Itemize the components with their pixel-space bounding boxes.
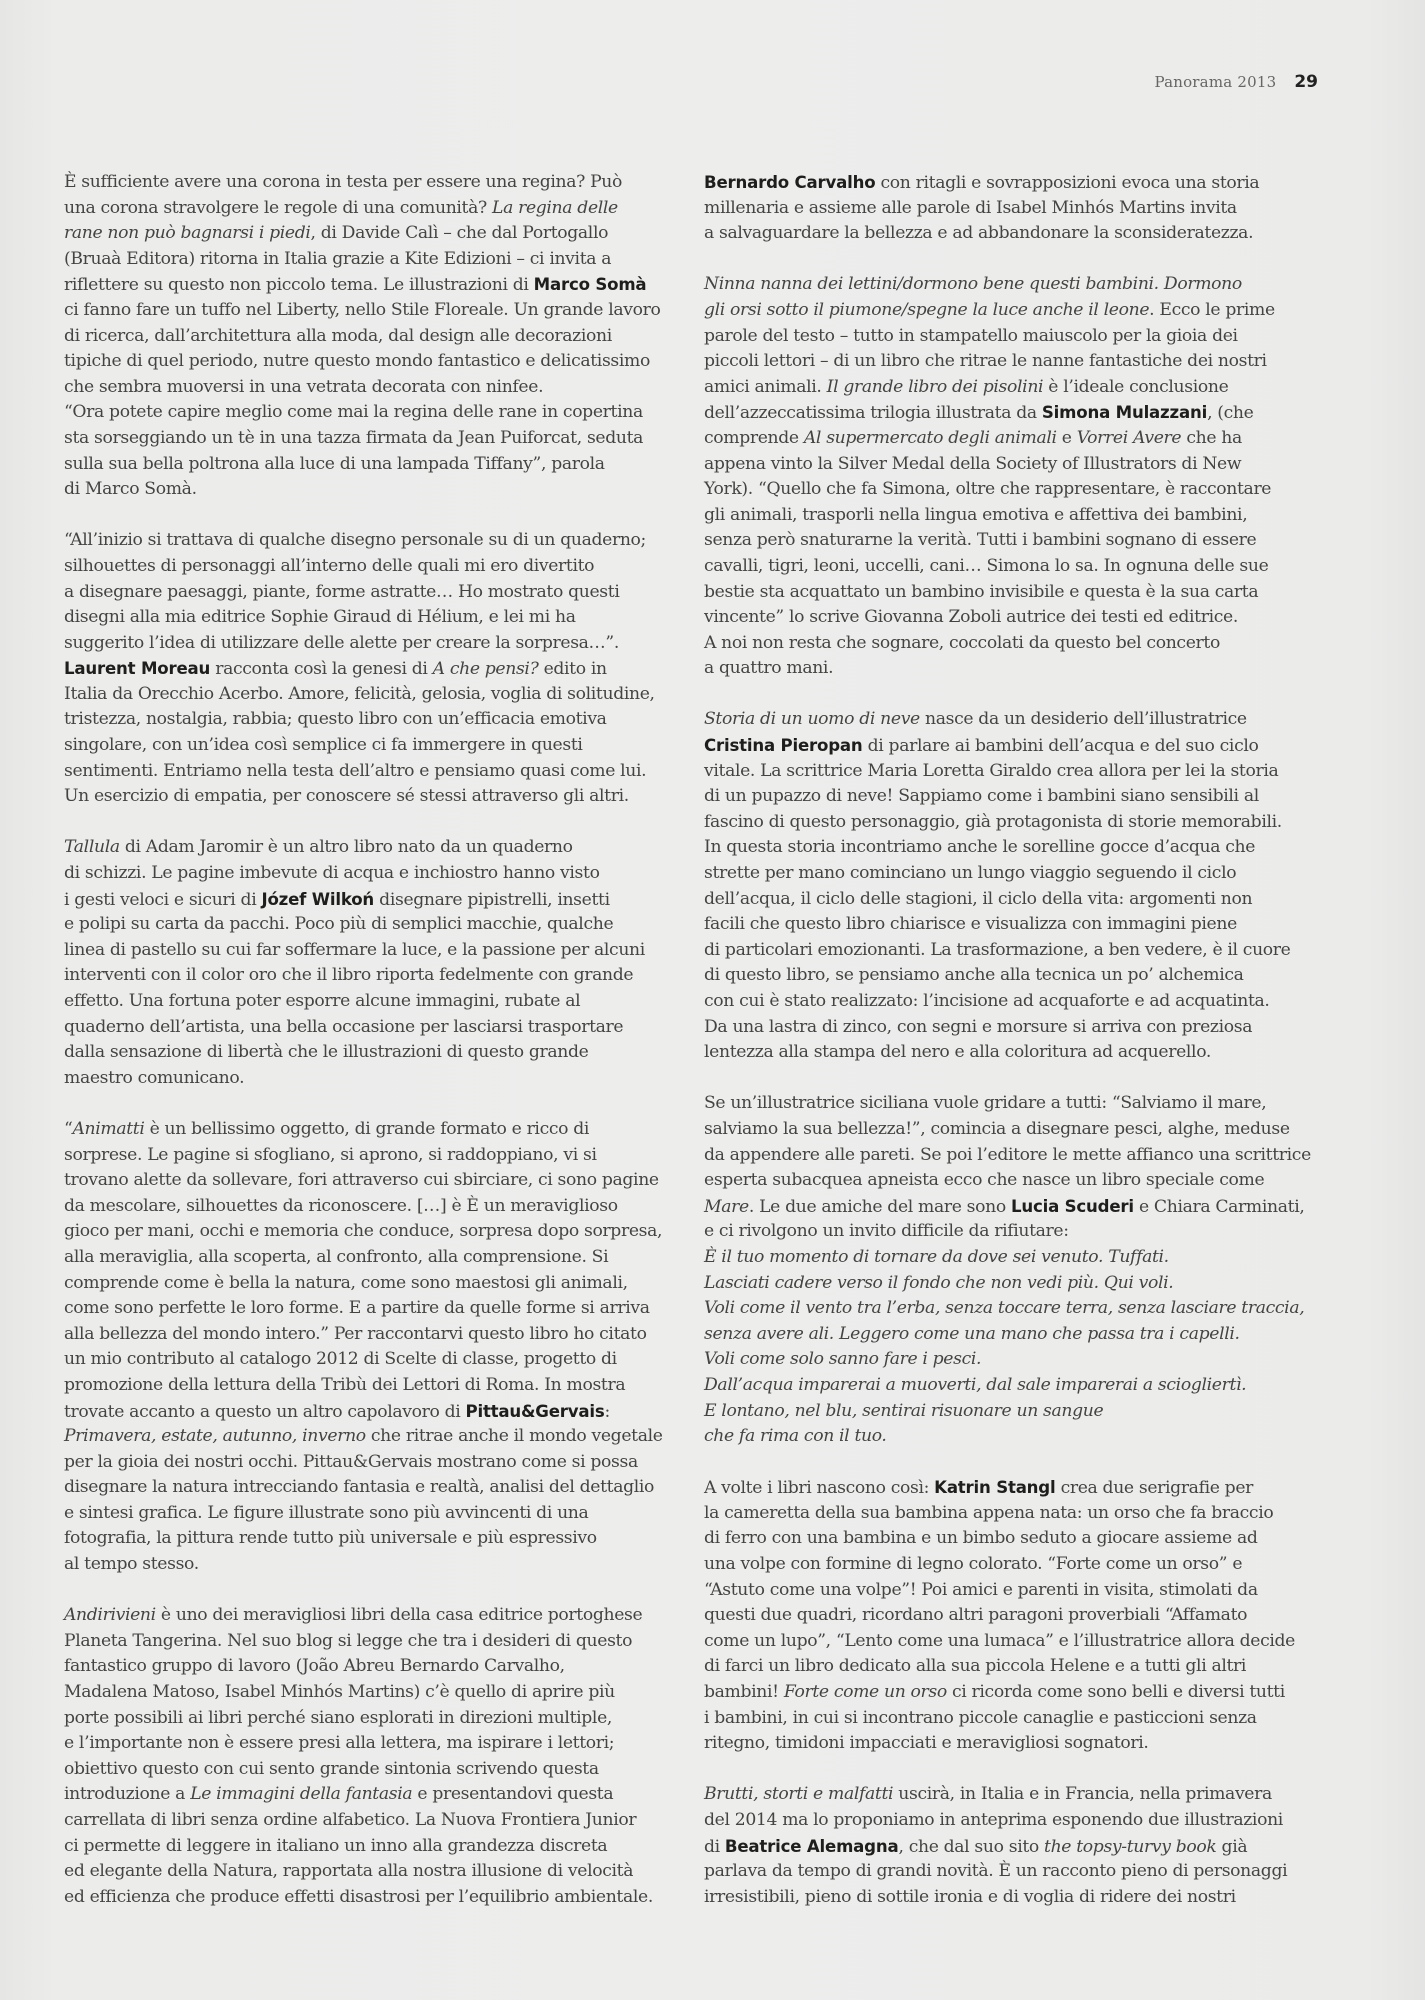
body-text: (Bruaà Editora) ritorna in Italia grazie… <box>64 249 611 269</box>
body-text: “Ora potete capire meglio come mai la re… <box>64 402 643 422</box>
body-text: millenaria e assieme alle parole di Isab… <box>704 198 1237 218</box>
body-text: per la gioia dei nostri occhi. Pittau&Ge… <box>64 1452 638 1472</box>
body-text: e polipi su carta da pacchi. Poco più di… <box>64 914 613 934</box>
body-text: e sintesi grafica. Le figure illustrate … <box>64 1503 588 1523</box>
body-text: dell’azzeccatissima trilogia illustrata … <box>704 403 1042 423</box>
text-line: disegnare la natura intrecciando fantasi… <box>64 1475 684 1501</box>
body-text: gli animali, trasporli nella lingua emot… <box>704 505 1247 525</box>
body-text: alla bellezza del mondo intero.” Per rac… <box>64 1324 647 1344</box>
article-paragraph: “Animatti è un bellissimo oggetto, di gr… <box>64 1117 684 1578</box>
text-line: senza avere ali. Leggero come una mano c… <box>704 1322 1324 1348</box>
body-text: ci fanno fare un tuffo nel Liberty, nell… <box>64 300 661 320</box>
book-title-text: Al supermercato degli animali <box>804 428 1057 448</box>
text-line: i gesti veloci e sicuri di Józef Wilkoń … <box>64 887 684 913</box>
book-title-text: Storia di un uomo di neve <box>704 709 920 729</box>
body-text: salviamo la sua bellezza!”, comincia a d… <box>704 1119 1290 1139</box>
text-line: al tempo stesso. <box>64 1552 684 1578</box>
text-line: di ferro con una bambina e un bimbo sedu… <box>704 1526 1324 1552</box>
body-text: A volte i libri nascono così: <box>704 1478 934 1498</box>
text-line: appena vinto la Silver Medal della Socie… <box>704 452 1324 478</box>
body-text: di <box>704 1837 725 1857</box>
body-text: con ritagli e sovrapposizioni evoca una … <box>875 173 1259 193</box>
text-line: a disegnare paesaggi, piante, forme astr… <box>64 580 684 606</box>
body-text: , che dal suo sito <box>898 1837 1044 1857</box>
book-title-text: Tallula <box>64 837 120 857</box>
body-text: “Astuto come una volpe”! Poi amici e par… <box>704 1580 1258 1600</box>
body-text: di Adam Jaromir è un altro libro nato da… <box>120 837 573 857</box>
text-line: una volpe con formine di legno colorato.… <box>704 1552 1324 1578</box>
text-line: Planeta Tangerina. Nel suo blog si legge… <box>64 1629 684 1655</box>
body-text: ci permette di leggere in italiano un in… <box>64 1836 607 1856</box>
book-title-text: E lontano, nel blu, sentirai risuonare u… <box>704 1401 1103 1421</box>
body-text: ed elegante della Natura, rapportata all… <box>64 1861 633 1881</box>
article-paragraph: Se un’illustratrice siciliana vuole grid… <box>704 1091 1324 1449</box>
body-text: interventi con il color oro che il libro… <box>64 965 633 985</box>
text-line: porte possibili ai libri perché siano es… <box>64 1706 684 1732</box>
body-text: di un pupazzo di neve! Sappiamo come i b… <box>704 786 1259 806</box>
text-line: fotografia, la pittura rende tutto più u… <box>64 1526 684 1552</box>
person-name: Józef Wilkoń <box>261 890 374 909</box>
text-line: ed elegante della Natura, rapportata all… <box>64 1859 684 1885</box>
body-text: piccoli lettori – di un libro che ritrae… <box>704 351 1267 371</box>
body-text: parlava da tempo di grandi novità. È un … <box>704 1861 1287 1881</box>
article-paragraph: Bernardo Carvalho con ritagli e sovrappo… <box>704 170 1324 247</box>
body-text: edito in <box>538 659 606 679</box>
text-line: Mare. Le due amiche del mare sono Lucia … <box>704 1194 1324 1220</box>
article-paragraph: È sufficiente avere una corona in testa … <box>64 170 684 503</box>
body-text: lentezza alla stampa del nero e alla col… <box>704 1042 1211 1062</box>
body-text: da appendere alle pareti. Se poi l’edito… <box>704 1145 1311 1165</box>
text-line: In questa storia incontriamo anche le so… <box>704 835 1324 861</box>
text-line: che sembra muoversi in una vetrata decor… <box>64 375 684 401</box>
body-text: trovano alette da sollevare, fori attrav… <box>64 1170 659 1190</box>
body-text: È sufficiente avere una corona in testa … <box>64 172 622 192</box>
text-line: linea di pastello su cui far soffermare … <box>64 938 684 964</box>
text-line: E lontano, nel blu, sentirai risuonare u… <box>704 1399 1324 1425</box>
body-text: sulla sua bella poltrona alla luce di un… <box>64 454 605 474</box>
body-text: è un bellissimo oggetto, di grande forma… <box>144 1119 589 1139</box>
text-line: una corona stravolgere le regole di una … <box>64 196 684 222</box>
body-text: già <box>1216 1837 1247 1857</box>
body-text: trovate accanto a questo un altro capola… <box>64 1402 466 1422</box>
text-line: di farci un libro dedicato alla sua picc… <box>704 1654 1324 1680</box>
body-text: tipiche di quel periodo, nutre questo mo… <box>64 351 650 371</box>
body-text: , (che <box>1207 403 1253 423</box>
body-text: di particolari emozionanti. La trasforma… <box>704 940 1290 960</box>
body-text: quaderno dell’artista, una bella occasio… <box>64 1017 623 1037</box>
body-text: amici animali. <box>704 377 827 397</box>
article-paragraph: Storia di un uomo di neve nasce da un de… <box>704 707 1324 1065</box>
body-text: . Ecco le prime <box>1149 300 1275 320</box>
body-text: silhouettes di personaggi all’interno de… <box>64 556 594 576</box>
text-line: irresistibili, pieno di sottile ironia e… <box>704 1885 1324 1911</box>
body-text: Un esercizio di empatia, per conoscere s… <box>64 786 629 806</box>
running-header: Panorama 2013 29 <box>1154 72 1318 92</box>
text-line: introduzione a Le immagini della fantasi… <box>64 1782 684 1808</box>
book-title-text: Animatti <box>72 1119 144 1139</box>
body-text: porte possibili ai libri perché siano es… <box>64 1708 612 1728</box>
text-line: senza però snaturarne la verità. Tutti i… <box>704 528 1324 554</box>
text-line: “All’inizio si trattava di qualche diseg… <box>64 528 684 554</box>
body-text: e l’importante non è essere presi alla l… <box>64 1733 614 1753</box>
text-line: Storia di un uomo di neve nasce da un de… <box>704 707 1324 733</box>
article-paragraph: “All’inizio si trattava di qualche diseg… <box>64 528 684 810</box>
text-line: e polipi su carta da pacchi. Poco più di… <box>64 912 684 938</box>
body-text: con cui è stato realizzato: l’incisione … <box>704 991 1270 1011</box>
text-line: York). “Quello che fa Simona, oltre che … <box>704 477 1324 503</box>
text-line: da appendere alle pareti. Se poi l’edito… <box>704 1143 1324 1169</box>
article-paragraph: A volte i libri nascono così: Katrin Sta… <box>704 1475 1324 1757</box>
body-text: carrellata di libri senza ordine alfabet… <box>64 1810 636 1830</box>
text-line: maestro comunicano. <box>64 1066 684 1092</box>
body-text: disegnare la natura intrecciando fantasi… <box>64 1477 654 1497</box>
body-text: i gesti veloci e sicuri di <box>64 890 261 910</box>
body-text: appena vinto la Silver Medal della Socie… <box>704 454 1241 474</box>
body-text: Planeta Tangerina. Nel suo blog si legge… <box>64 1631 632 1651</box>
text-line: riflettere su questo non piccolo tema. L… <box>64 272 684 298</box>
body-text: tristezza, nostalgia, rabbia; questo lib… <box>64 709 607 729</box>
body-text: bambini! <box>704 1682 784 1702</box>
text-line: Dall’acqua imparerai a muoverti, dal sal… <box>704 1373 1324 1399</box>
body-text: e Chiara Carminati, <box>1134 1197 1305 1217</box>
body-text: disegnare pipistrelli, insetti <box>374 890 610 910</box>
text-line: gioco per mani, occhi e memoria che cond… <box>64 1219 684 1245</box>
text-line: tipiche di quel periodo, nutre questo mo… <box>64 349 684 375</box>
text-line: e l’importante non è essere presi alla l… <box>64 1731 684 1757</box>
book-title-text: La regina delle <box>492 198 618 218</box>
text-line: vitale. La scrittrice Maria Loretta Gira… <box>704 759 1324 785</box>
body-text: effetto. Una fortuna poter esporre alcun… <box>64 991 580 1011</box>
body-text: di Marco Somà. <box>64 479 197 499</box>
book-title-text: È il tuo momento di tornare da dove sei … <box>704 1247 1169 1267</box>
page-number: 29 <box>1294 72 1318 92</box>
text-line: singolare, con un’idea così semplice ci … <box>64 733 684 759</box>
body-text: che ritrae anche il mondo vegetale <box>366 1426 663 1446</box>
text-line: “Astuto come una volpe”! Poi amici e par… <box>704 1578 1324 1604</box>
book-title-text: rane non può bagnarsi i piedi <box>64 223 311 243</box>
article-paragraph: Brutti, storti e malfatti uscirà, in Ita… <box>704 1782 1324 1910</box>
body-text: è l’ideale conclusione <box>1043 377 1228 397</box>
text-line: (Bruaà Editora) ritorna in Italia grazie… <box>64 247 684 273</box>
body-text: di schizzi. Le pagine imbevute di acqua … <box>64 863 600 883</box>
book-title-text: Voli come il vento tra l’erba, senza toc… <box>704 1298 1304 1318</box>
text-line: gli animali, trasporli nella lingua emot… <box>704 503 1324 529</box>
text-line: Un esercizio di empatia, per conoscere s… <box>64 784 684 810</box>
body-text: come un lupo”, “Lento come una lumaca” e… <box>704 1631 1295 1651</box>
book-title-text: Lasciati cadere verso il fondo che non v… <box>704 1273 1173 1293</box>
text-line: sulla sua bella poltrona alla luce di un… <box>64 452 684 478</box>
body-text: Da una lastra di zinco, con segni e mors… <box>704 1017 1252 1037</box>
body-text: “All’inizio si trattava di qualche diseg… <box>64 530 646 550</box>
text-line: la cameretta della sua bambina appena na… <box>704 1501 1324 1527</box>
body-text: che ha <box>1181 428 1242 448</box>
text-line: tristezza, nostalgia, rabbia; questo lib… <box>64 707 684 733</box>
text-line: Lasciati cadere verso il fondo che non v… <box>704 1271 1324 1297</box>
body-text: Italia da Orecchio Acerbo. Amore, felici… <box>64 684 655 704</box>
body-text: a quattro mani. <box>704 658 833 678</box>
text-line: esperta subacquea apneista ecco che nasc… <box>704 1168 1324 1194</box>
body-text: e <box>1057 428 1077 448</box>
text-line: trovano alette da sollevare, fori attrav… <box>64 1168 684 1194</box>
text-line: interventi con il color oro che il libro… <box>64 963 684 989</box>
text-line: disegni alla mia editrice Sophie Giraud … <box>64 605 684 631</box>
text-line: A volte i libri nascono così: Katrin Sta… <box>704 1475 1324 1501</box>
text-line: del 2014 ma lo proponiamo in anteprima e… <box>704 1808 1324 1834</box>
body-text: sta sorseggiando un tè in una tazza firm… <box>64 428 643 448</box>
body-text: parole del testo – tutto in stampatello … <box>704 326 1238 346</box>
left-column: È sufficiente avere una corona in testa … <box>64 170 684 1936</box>
book-title-text: Ninna nanna dei lettini/dormono bene que… <box>704 274 1242 294</box>
body-text: obiettivo questo con cui sento grande si… <box>64 1759 599 1779</box>
body-text: di farci un libro dedicato alla sua picc… <box>704 1656 1246 1676</box>
text-line: da mescolare, silhouettes da riconoscere… <box>64 1194 684 1220</box>
text-line: e sintesi grafica. Le figure illustrate … <box>64 1501 684 1527</box>
text-line: Laurent Moreau racconta così la genesi d… <box>64 656 684 682</box>
body-text: ci ricorda come sono belli e diversi tut… <box>947 1682 1285 1702</box>
text-line: Cristina Pieropan di parlare ai bambini … <box>704 733 1324 759</box>
body-text: vincente” lo scrive Giovanna Zoboli autr… <box>704 607 1238 627</box>
body-text: bestie sta acquattato un bambino invisib… <box>704 582 1258 602</box>
body-text: York). “Quello che fa Simona, oltre che … <box>704 479 1271 499</box>
text-line: Italia da Orecchio Acerbo. Amore, felici… <box>64 682 684 708</box>
text-line: con cui è stato realizzato: l’incisione … <box>704 989 1324 1015</box>
text-line: alla bellezza del mondo intero.” Per rac… <box>64 1322 684 1348</box>
body-text: da mescolare, silhouettes da riconoscere… <box>64 1196 618 1216</box>
text-line: Voli come il vento tra l’erba, senza toc… <box>704 1296 1324 1322</box>
text-line: millenaria e assieme alle parole di Isab… <box>704 196 1324 222</box>
text-line: Brutti, storti e malfatti uscirà, in Ita… <box>704 1782 1324 1808</box>
text-line: comprende come è bella la natura, come s… <box>64 1271 684 1297</box>
text-line: dell’azzeccatissima trilogia illustrata … <box>704 400 1324 426</box>
person-name: Lucia Scuderi <box>1011 1197 1134 1216</box>
person-name: Simona Mulazzani <box>1042 403 1207 422</box>
text-line: promozione della lettura della Tribù dei… <box>64 1373 684 1399</box>
body-text: Se un’illustratrice siciliana vuole grid… <box>704 1093 1266 1113</box>
text-line: ed efficienza che produce effetti disast… <box>64 1885 684 1911</box>
body-text: fascino di questo personaggio, già prota… <box>704 812 1282 832</box>
body-text: A noi non resta che sognare, coccolati d… <box>704 633 1220 653</box>
text-line: fascino di questo personaggio, già prota… <box>704 810 1324 836</box>
body-text: una volpe con formine di legno colorato.… <box>704 1554 1242 1574</box>
text-line: Madalena Matoso, Isabel Minhós Martins) … <box>64 1680 684 1706</box>
book-title-text: che fa rima con il tuo. <box>704 1426 887 1446</box>
text-line: sentimenti. Entriamo nella testa dell’al… <box>64 759 684 785</box>
body-text: al tempo stesso. <box>64 1554 199 1574</box>
book-title-text: Andirivieni <box>64 1605 156 1625</box>
body-text: racconta così la genesi di <box>210 659 433 679</box>
text-line: e ci rivolgono un invito difficile da ri… <box>704 1219 1324 1245</box>
text-line: di Beatrice Alemagna, che dal suo sito t… <box>704 1834 1324 1860</box>
text-line: carrellata di libri senza ordine alfabet… <box>64 1808 684 1834</box>
body-text: alla meraviglia, alla scoperta, al confr… <box>64 1247 608 1267</box>
text-line: come un lupo”, “Lento come una lumaca” e… <box>704 1629 1324 1655</box>
text-line: sorprese. Le pagine si sfogliano, si apr… <box>64 1143 684 1169</box>
body-text: , di Davide Calì – che dal Portogallo <box>311 223 609 243</box>
body-text: linea di pastello su cui far soffermare … <box>64 940 645 960</box>
body-text: fotografia, la pittura rende tutto più u… <box>64 1528 597 1548</box>
body-text: cavalli, tigri, leoni, uccelli, cani… Si… <box>704 556 1268 576</box>
book-title-text: Vorrei Avere <box>1077 428 1182 448</box>
body-text: comprende come è bella la natura, come s… <box>64 1273 628 1293</box>
text-line: amici animali. Il grande libro dei pisol… <box>704 375 1324 401</box>
text-line: È sufficiente avere una corona in testa … <box>64 170 684 196</box>
body-text: uscirà, in Italia e in Francia, nella pr… <box>893 1784 1272 1804</box>
text-line: a salvaguardare la bellezza e ad abbando… <box>704 221 1324 247</box>
text-line: effetto. Una fortuna poter esporre alcun… <box>64 989 684 1015</box>
article-paragraph: Andirivieni è uno dei meravigliosi libri… <box>64 1603 684 1910</box>
body-text: di parlare ai bambini dell’acqua e del s… <box>863 736 1259 756</box>
book-title-text: A che pensi? <box>433 659 539 679</box>
body-text: la cameretta della sua bambina appena na… <box>704 1503 1273 1523</box>
body-text: dell’acqua, il ciclo delle stagioni, il … <box>704 889 1252 909</box>
text-line: Da una lastra di zinco, con segni e mors… <box>704 1015 1324 1041</box>
body-text: riflettere su questo non piccolo tema. L… <box>64 275 534 295</box>
text-line: Andirivieni è uno dei meravigliosi libri… <box>64 1603 684 1629</box>
body-text: di questo libro, se pensiamo anche alla … <box>704 965 1244 985</box>
body-text: ritegno, timidoni impacciati e meravigli… <box>704 1733 1149 1753</box>
text-line: ci fanno fare un tuffo nel Liberty, nell… <box>64 298 684 324</box>
text-line: bestie sta acquattato un bambino invisib… <box>704 580 1324 606</box>
book-title-text: the topsy-turvy book <box>1044 1837 1216 1857</box>
text-line: dell’acqua, il ciclo delle stagioni, il … <box>704 887 1324 913</box>
body-text: esperta subacquea apneista ecco che nasc… <box>704 1170 1264 1190</box>
text-line: È il tuo momento di tornare da dove sei … <box>704 1245 1324 1271</box>
text-line: salviamo la sua bellezza!”, comincia a d… <box>704 1117 1324 1143</box>
text-line: Se un’illustratrice siciliana vuole grid… <box>704 1091 1324 1117</box>
text-line: rane non può bagnarsi i piedi, di Davide… <box>64 221 684 247</box>
body-text: . Le due amiche del mare sono <box>749 1197 1011 1217</box>
text-line: questi due quadri, ricordano altri parag… <box>704 1603 1324 1629</box>
text-line: di questo libro, se pensiamo anche alla … <box>704 963 1324 989</box>
person-name: Katrin Stangl <box>934 1478 1055 1497</box>
book-title-text: Brutti, storti e malfatti <box>704 1784 893 1804</box>
text-line: di particolari emozionanti. La trasforma… <box>704 938 1324 964</box>
book-title-text: Forte come un orso <box>784 1682 947 1702</box>
person-name: Cristina Pieropan <box>704 736 863 755</box>
text-line: che fa rima con il tuo. <box>704 1424 1324 1450</box>
text-line: Ninna nanna dei lettini/dormono bene que… <box>704 272 1324 298</box>
text-line: quaderno dell’artista, una bella occasio… <box>64 1015 684 1041</box>
text-line: un mio contributo al catalogo 2012 di Sc… <box>64 1347 684 1373</box>
body-text: ed efficienza che produce effetti disast… <box>64 1887 653 1907</box>
body-text: maestro comunicano. <box>64 1068 244 1088</box>
body-text: e presentandovi questa <box>412 1784 613 1804</box>
person-name: Marco Somà <box>534 275 647 294</box>
body-text: : <box>605 1402 610 1422</box>
body-text: promozione della lettura della Tribù dei… <box>64 1375 625 1395</box>
book-title-text: Le immagini della fantasia <box>190 1784 412 1804</box>
body-text: e ci rivolgono un invito difficile da ri… <box>704 1221 1069 1241</box>
body-text: crea due serigrafie per <box>1055 1478 1253 1498</box>
body-text: disegni alla mia editrice Sophie Giraud … <box>64 607 576 627</box>
body-text: del 2014 ma lo proponiamo in anteprima e… <box>704 1810 1283 1830</box>
text-line: i bambini, in cui si incontrano piccole … <box>704 1706 1324 1732</box>
book-title-text: Il grande libro dei pisolini <box>827 377 1044 397</box>
body-text: un mio contributo al catalogo 2012 di Sc… <box>64 1349 617 1369</box>
text-line: Bernardo Carvalho con ritagli e sovrappo… <box>704 170 1324 196</box>
body-text: una corona stravolgere le regole di una … <box>64 198 492 218</box>
body-text: fantastico gruppo di lavoro (João Abreu … <box>64 1656 565 1676</box>
body-text: comprende <box>704 428 804 448</box>
body-text: strette per mano cominciano un lungo via… <box>704 863 1236 883</box>
text-line: piccoli lettori – di un libro che ritrae… <box>704 349 1324 375</box>
text-line: alla meraviglia, alla scoperta, al confr… <box>64 1245 684 1271</box>
text-line: per la gioia dei nostri occhi. Pittau&Ge… <box>64 1450 684 1476</box>
text-line: Primavera, estate, autunno, inverno che … <box>64 1424 684 1450</box>
body-text: è uno dei meravigliosi libri della casa … <box>156 1605 643 1625</box>
person-name: Bernardo Carvalho <box>704 173 875 192</box>
body-text: di ricerca, dall’architettura alla moda,… <box>64 326 612 346</box>
text-line: dalla sensazione di libertà che le illus… <box>64 1040 684 1066</box>
body-text: sentimenti. Entriamo nella testa dell’al… <box>64 761 646 781</box>
text-line: sta sorseggiando un tè in una tazza firm… <box>64 426 684 452</box>
person-name: Pittau&Gervais <box>466 1402 605 1421</box>
body-text: dalla sensazione di libertà che le illus… <box>64 1042 589 1062</box>
body-text: di ferro con una bambina e un bimbo sedu… <box>704 1528 1258 1548</box>
body-text: a disegnare paesaggi, piante, forme astr… <box>64 582 619 602</box>
body-text: singolare, con un’idea così semplice ci … <box>64 735 583 755</box>
article-paragraph: Ninna nanna dei lettini/dormono bene que… <box>704 272 1324 682</box>
body-text: suggerito l’idea di utilizzare delle ale… <box>64 633 619 653</box>
body-text: facili che questo libro chiarisce e visu… <box>704 914 1237 934</box>
body-text: questi due quadri, ricordano altri parag… <box>704 1605 1247 1625</box>
text-line: fantastico gruppo di lavoro (João Abreu … <box>64 1654 684 1680</box>
body-text: i bambini, in cui si incontrano piccole … <box>704 1708 1257 1728</box>
text-line: “Ora potete capire meglio come mai la re… <box>64 400 684 426</box>
person-name: Beatrice Alemagna <box>725 1837 899 1856</box>
body-text: irresistibili, pieno di sottile ironia e… <box>704 1887 1236 1907</box>
text-line: trovate accanto a questo un altro capola… <box>64 1399 684 1425</box>
body-text: sorprese. Le pagine si sfogliano, si apr… <box>64 1145 597 1165</box>
text-line: a quattro mani. <box>704 656 1324 682</box>
text-line: di ricerca, dall’architettura alla moda,… <box>64 324 684 350</box>
body-text: a salvaguardare la bellezza e ad abbando… <box>704 223 1253 243</box>
text-line: lentezza alla stampa del nero e alla col… <box>704 1040 1324 1066</box>
body-text: nasce da un desiderio dell’illustratrice <box>920 709 1247 729</box>
body-text: come sono perfette le loro forme. E a pa… <box>64 1298 650 1318</box>
text-line: strette per mano cominciano un lungo via… <box>704 861 1324 887</box>
text-line: parlava da tempo di grandi novità. È un … <box>704 1859 1324 1885</box>
text-line: Tallula di Adam Jaromir è un altro libro… <box>64 835 684 861</box>
book-title-text: gli orsi sotto il piumone/spegne la luce… <box>704 300 1149 320</box>
body-text: senza però snaturarne la verità. Tutti i… <box>704 530 1256 550</box>
text-line: vincente” lo scrive Giovanna Zoboli autr… <box>704 605 1324 631</box>
book-title-text: Mare <box>704 1197 749 1217</box>
body-text: vitale. La scrittrice Maria Loretta Gira… <box>704 761 1278 781</box>
text-line: cavalli, tigri, leoni, uccelli, cani… Si… <box>704 554 1324 580</box>
text-line: di Marco Somà. <box>64 477 684 503</box>
text-line: gli orsi sotto il piumone/spegne la luce… <box>704 298 1324 324</box>
body-text: che sembra muoversi in una vetrata decor… <box>64 377 543 397</box>
text-line: facili che questo libro chiarisce e visu… <box>704 912 1324 938</box>
body-text: gioco per mani, occhi e memoria che cond… <box>64 1221 662 1241</box>
text-line: suggerito l’idea di utilizzare delle ale… <box>64 631 684 657</box>
text-line: comprende Al supermercato degli animali … <box>704 426 1324 452</box>
book-title-text: Primavera, estate, autunno, inverno <box>64 1426 366 1446</box>
text-line: ritegno, timidoni impacciati e meravigli… <box>704 1731 1324 1757</box>
text-line: silhouettes di personaggi all’interno de… <box>64 554 684 580</box>
text-line: “Animatti è un bellissimo oggetto, di gr… <box>64 1117 684 1143</box>
body-text: Madalena Matoso, Isabel Minhós Martins) … <box>64 1682 615 1702</box>
text-line: ci permette di leggere in italiano un in… <box>64 1834 684 1860</box>
text-line: di un pupazzo di neve! Sappiamo come i b… <box>704 784 1324 810</box>
article-paragraph: Tallula di Adam Jaromir è un altro libro… <box>64 835 684 1091</box>
text-line: parole del testo – tutto in stampatello … <box>704 324 1324 350</box>
text-line: come sono perfette le loro forme. E a pa… <box>64 1296 684 1322</box>
body-text: In questa storia incontriamo anche le so… <box>704 837 1255 857</box>
book-title-text: senza avere ali. Leggero come una mano c… <box>704 1324 1240 1344</box>
body-text: introduzione a <box>64 1784 190 1804</box>
